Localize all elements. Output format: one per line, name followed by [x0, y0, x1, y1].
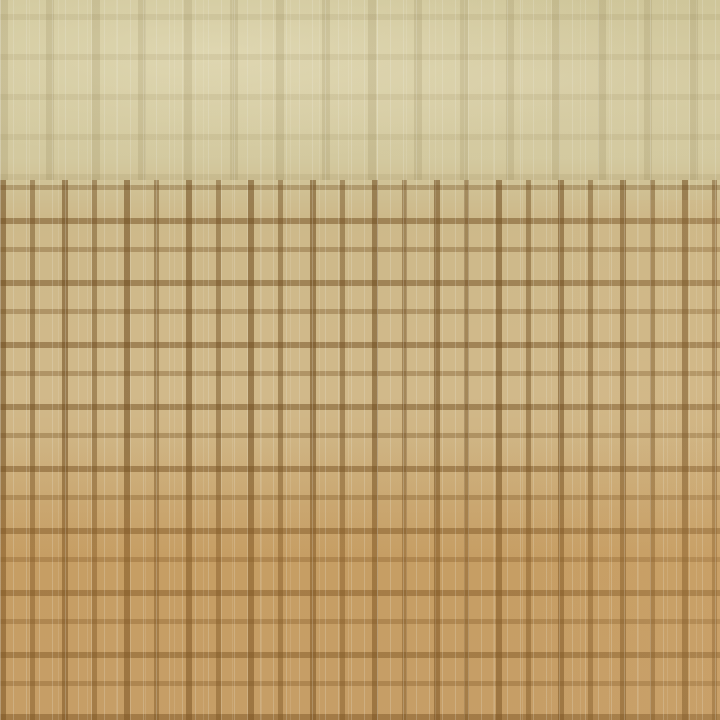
- rug-texture-photo: [0, 0, 720, 720]
- silk-glint-threads: [0, 0, 720, 720]
